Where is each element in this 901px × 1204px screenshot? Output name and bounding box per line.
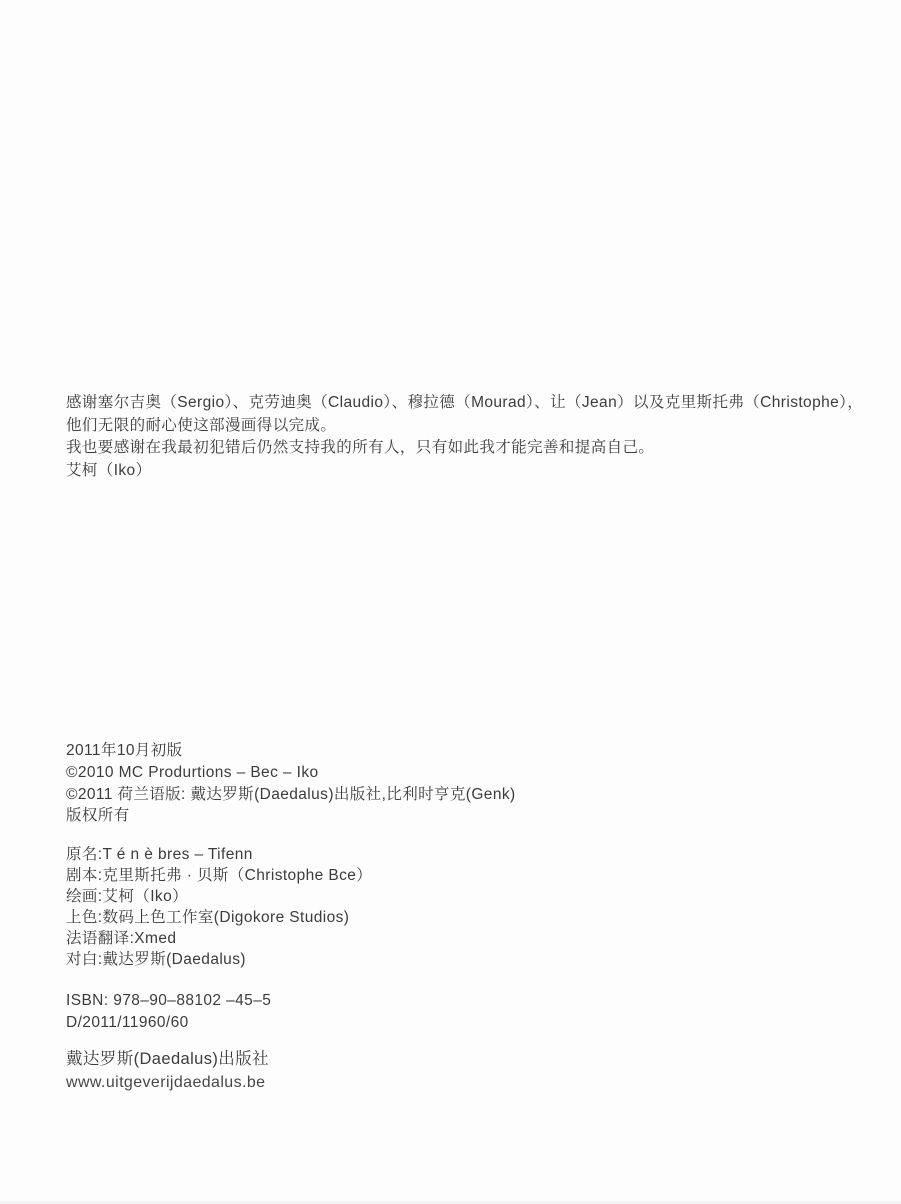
isbn-number: ISBN: 978–90–88102 –45–5 [66,990,271,1012]
acknowledgement-line: 我也要感谢在我最初犯错后仍然支持我的所有人，只有如此我才能完善和提高自己。 [66,437,863,460]
acknowledgement-paragraph: 感谢塞尔吉奥（Sergio）、克劳迪奥（Claudio）、穆拉德（Mourad）… [66,392,863,482]
publisher-block: 戴达罗斯(Daedalus)出版社 www.uitgeverijdaedalus… [66,1047,269,1095]
original-title-line: 原名:T é n è bres – Tifenn [66,845,372,866]
publisher-website: www.uitgeverijdaedalus.be [66,1071,269,1095]
translation-credit-line: 法语翻译:Xmed [66,929,372,950]
depot-number: D/2011/11960/60 [66,1012,271,1034]
publisher-name: 戴达罗斯(Daedalus)出版社 [66,1047,269,1071]
copyright-2010-line: ©2010 MC Produrtions – Bec – Iko [66,762,516,784]
art-credit-line: 绘画:艾柯（Iko） [66,887,372,908]
edition-copyright-block: 2011年10月初版 ©2010 MC Produrtions – Bec – … [66,740,516,827]
author-signature: 艾柯（Iko） [66,460,863,483]
edition-date-line: 2011年10月初版 [66,740,516,762]
rights-reserved-line: 版权所有 [66,805,516,827]
acknowledgement-line: 感谢塞尔吉奥（Sergio）、克劳迪奥（Claudio）、穆拉德（Mourad）… [66,392,863,415]
copyright-2011-line: ©2011 荷兰语版: 戴达罗斯(Daedalus)出版社,比利时亨克(Genk… [66,784,516,806]
credits-block: 原名:T é n è bres – Tifenn 剧本:克里斯托弗 · 贝斯（C… [66,845,372,970]
script-credit-line: 剧本:克里斯托弗 · 贝斯（Christophe Bce） [66,866,372,887]
isbn-block: ISBN: 978–90–88102 –45–5 D/2011/11960/60 [66,990,271,1033]
dialogue-credit-line: 对白:戴达罗斯(Daedalus) [66,950,372,971]
color-credit-line: 上色:数码上色工作室(Digokore Studios) [66,908,372,929]
acknowledgement-line: 他们无限的耐心使这部漫画得以完成。 [66,415,863,438]
scanned-credits-page: 感谢塞尔吉奥（Sergio）、克劳迪奥（Claudio）、穆拉德（Mourad）… [0,0,901,1204]
